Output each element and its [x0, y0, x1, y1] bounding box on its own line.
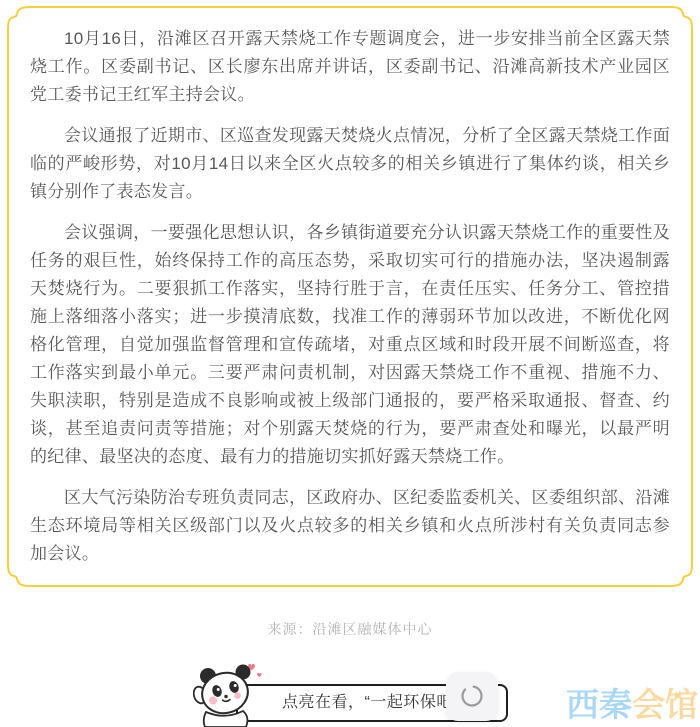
watermark-part2: 会馆	[632, 686, 698, 723]
paragraph-2: 会议通报了近期市、区巡查发现露天焚烧火点情况，分析了全区露天禁烧工作面临的严峻形…	[30, 122, 670, 206]
article-body: 10月16日，沿滩区召开露天禁烧工作专题调度会，进一步安排当前全区露天禁烧工作。…	[30, 25, 670, 581]
source-text: 来源：沿滩区融媒体中心	[0, 619, 700, 639]
paragraph-1: 10月16日，沿滩区召开露天禁烧工作专题调度会，进一步安排当前全区露天禁烧工作。…	[30, 25, 670, 109]
paragraph-3: 会议强调，一要强化思想认识，各乡镇街道要充分认识露天禁烧工作的重要性及任务的艰巨…	[30, 219, 670, 471]
watermark-logo: 西秦会馆	[566, 687, 698, 723]
panda-sticker-icon	[193, 662, 269, 727]
article-page: 10月16日，沿滩区召开露天禁烧工作专题调度会，进一步安排当前全区露天禁烧工作。…	[0, 0, 700, 727]
loading-ring-icon	[446, 672, 498, 721]
wow-button[interactable]	[446, 672, 498, 721]
watermark-part1: 西秦	[566, 686, 632, 723]
paragraph-4: 区大气污染防治专班负责同志，区政府办、区纪委监委机关、区委组织部、沿滩生态环境局…	[30, 484, 670, 568]
